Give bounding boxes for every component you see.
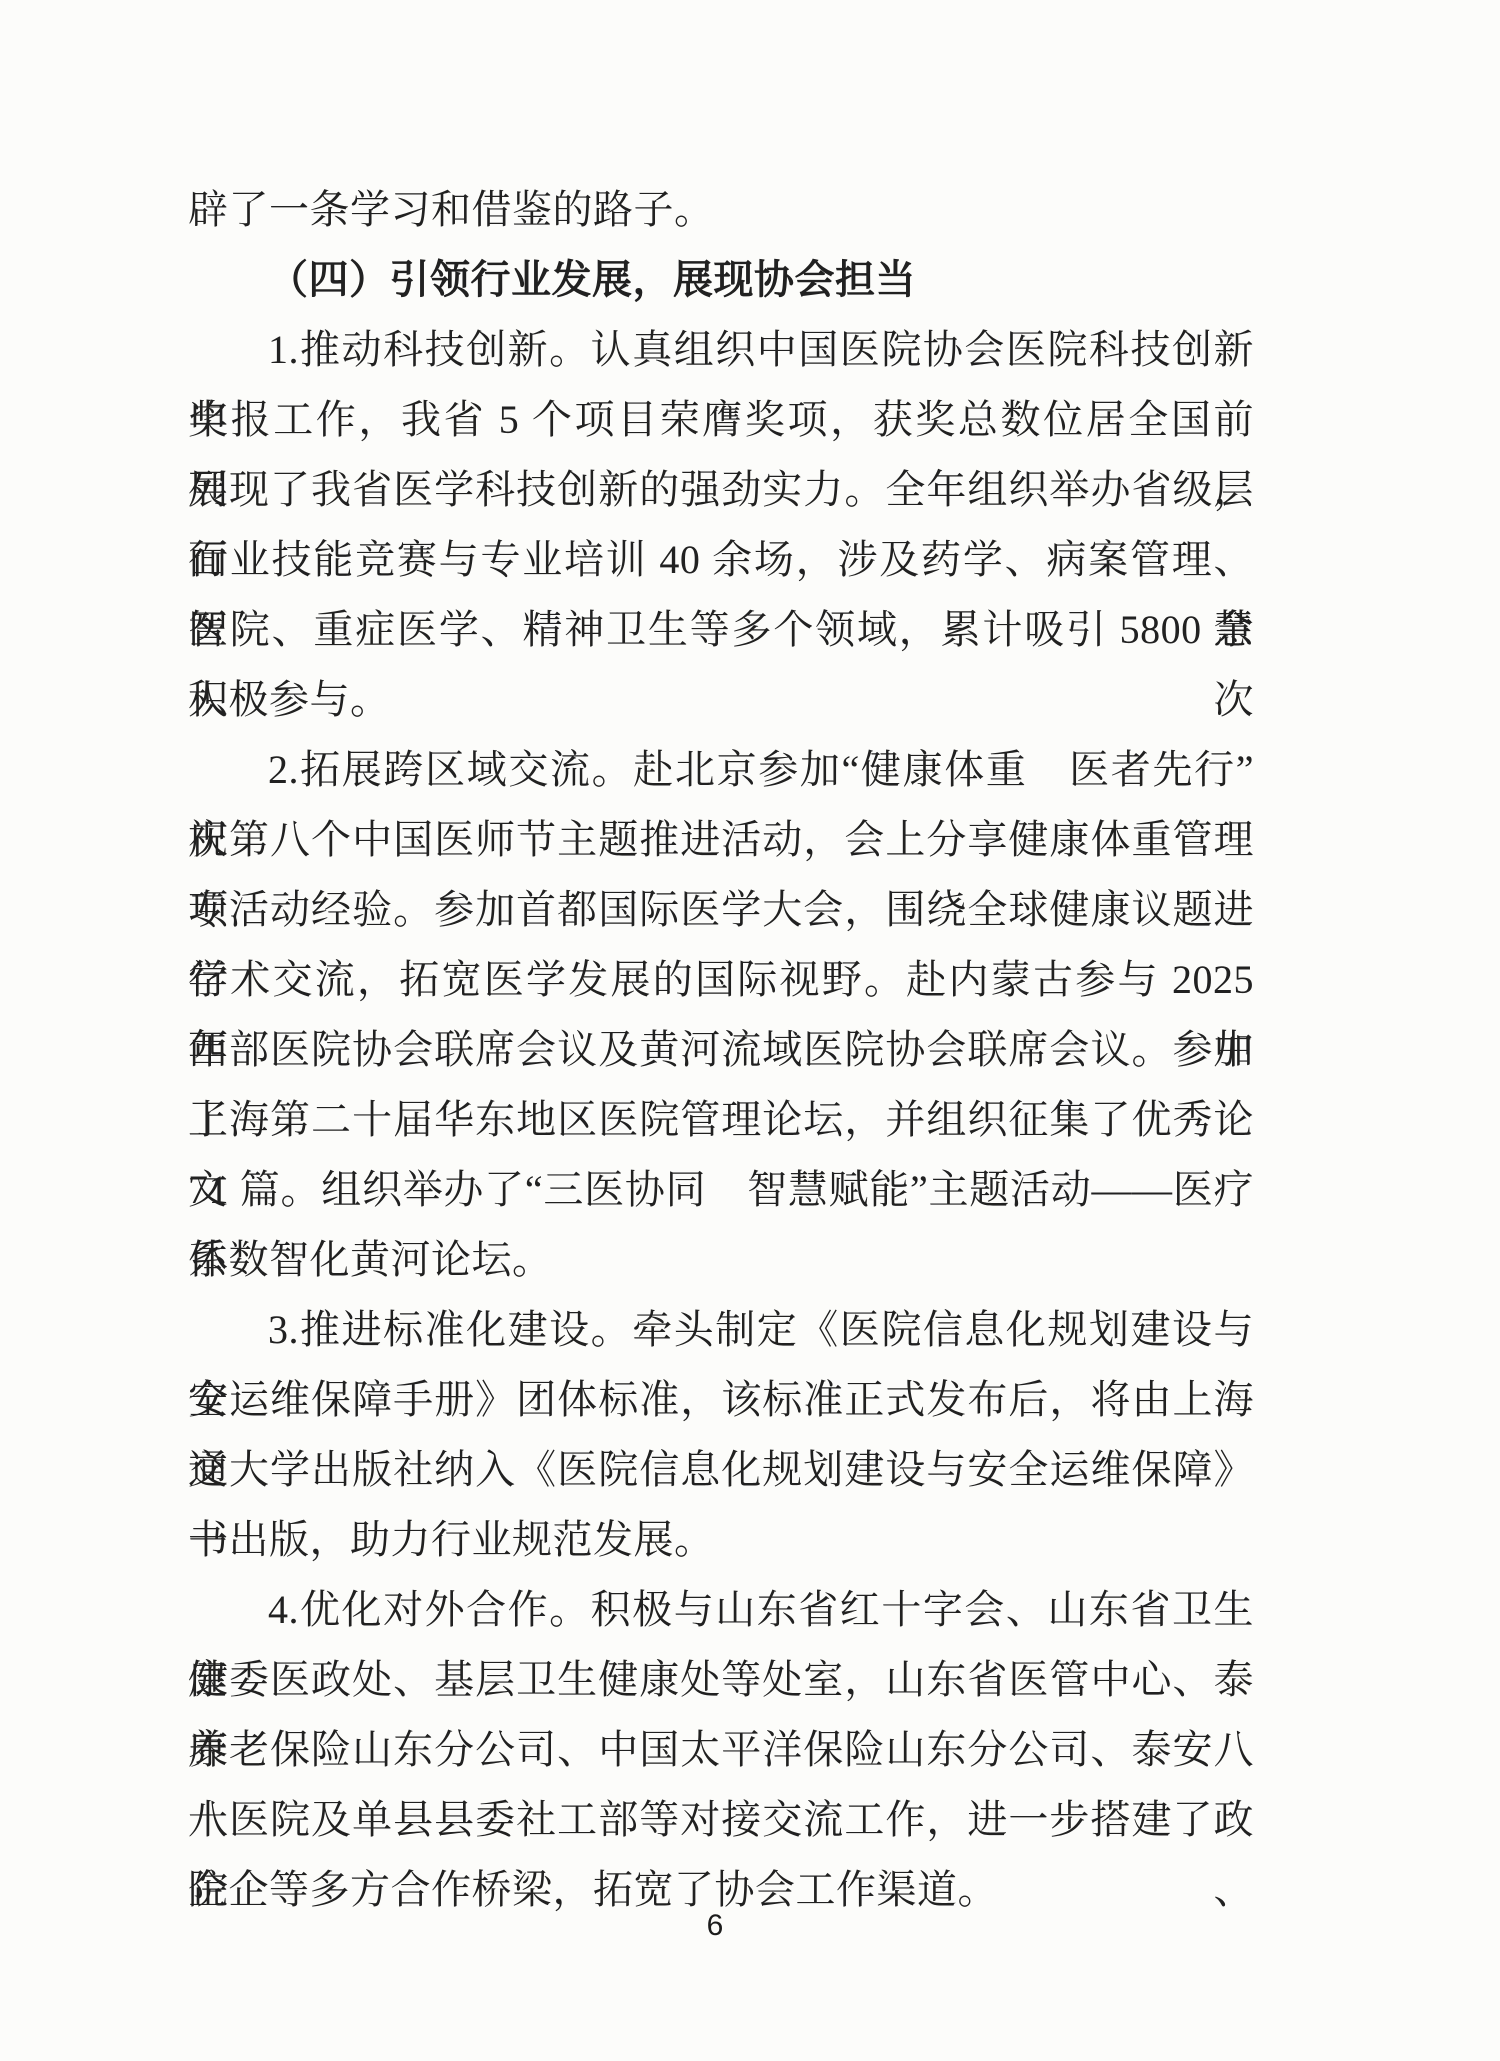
text-line: 71 篇。组织举办了“三医协同 智慧赋能”主题活动——医疗体 bbox=[188, 1155, 1254, 1225]
document-body: 辟了一条学习和借鉴的路子。 （四）引领行业发展，展现协会担当 1.推动科技创新。… bbox=[188, 175, 1254, 1925]
text-line: 西部医院协会联席会议及黄河流域医院协会联席会议。参加了 bbox=[188, 1015, 1254, 1085]
section-heading: （四）引领行业发展，展现协会担当 bbox=[188, 245, 1254, 315]
text-line: 祝第八个中国医师节主题推进活动，会上分享健康体重管理专 bbox=[188, 805, 1254, 875]
text-line: 养老保险山东分公司、中国太平洋保险山东分公司、泰安八十 bbox=[188, 1715, 1254, 1785]
document-page: 辟了一条学习和借鉴的路子。 （四）引领行业发展，展现协会担当 1.推动科技创新。… bbox=[0, 0, 1500, 2061]
text-line: 上海第二十届华东地区医院管理论坛，并组织征集了优秀论文 bbox=[188, 1085, 1254, 1155]
text-line: 行业技能竞赛与专业培训 40 余场，涉及药学、病案管理、智慧 bbox=[188, 525, 1254, 595]
text-line: 医院、重症医学、精神卫生等多个领域，累计吸引 5800 余人次 bbox=[188, 595, 1254, 665]
text-line: 1.推动科技创新。认真组织中国医院协会医院科技创新奖 bbox=[188, 315, 1254, 385]
text-line: 申报工作，我省 5 个项目荣膺奖项，获奖总数位居全国前列， bbox=[188, 385, 1254, 455]
text-line: 辟了一条学习和借鉴的路子。 bbox=[188, 175, 1254, 245]
text-line: 4.优化对外合作。积极与山东省红十字会、山东省卫生健 bbox=[188, 1575, 1254, 1645]
text-line: 康委医政处、基层卫生健康处等处室，山东省医管中心、泰康 bbox=[188, 1645, 1254, 1715]
text-line: 2.拓展跨区域交流。赴北京参加“健康体重 医者先行”庆 bbox=[188, 735, 1254, 805]
text-line: 展现了我省医学科技创新的强劲实力。全年组织举办省级层面 bbox=[188, 455, 1254, 525]
text-line: 通大学出版社纳入《医院信息化规划建设与安全运维保障》一 bbox=[188, 1435, 1254, 1505]
text-line: 项活动经验。参加首都国际医学大会，围绕全球健康议题进行 bbox=[188, 875, 1254, 945]
text-line: 系数智化黄河论坛。 bbox=[188, 1225, 1254, 1295]
text-line: 3.推进标准化建设。牵头制定《医院信息化规划建设与安 bbox=[188, 1295, 1254, 1365]
text-line: 全运维保障手册》团体标准，该标准正式发布后，将由上海交 bbox=[188, 1365, 1254, 1435]
page-number: 6 bbox=[675, 1908, 755, 1944]
text-line: 书出版，助力行业规范发展。 bbox=[188, 1505, 1254, 1575]
text-line: 八医院及单县县委社工部等对接交流工作，进一步搭建了政企、 bbox=[188, 1785, 1254, 1855]
text-line: 学术交流，拓宽医学发展的国际视野。赴内蒙古参与 2025 年中 bbox=[188, 945, 1254, 1015]
